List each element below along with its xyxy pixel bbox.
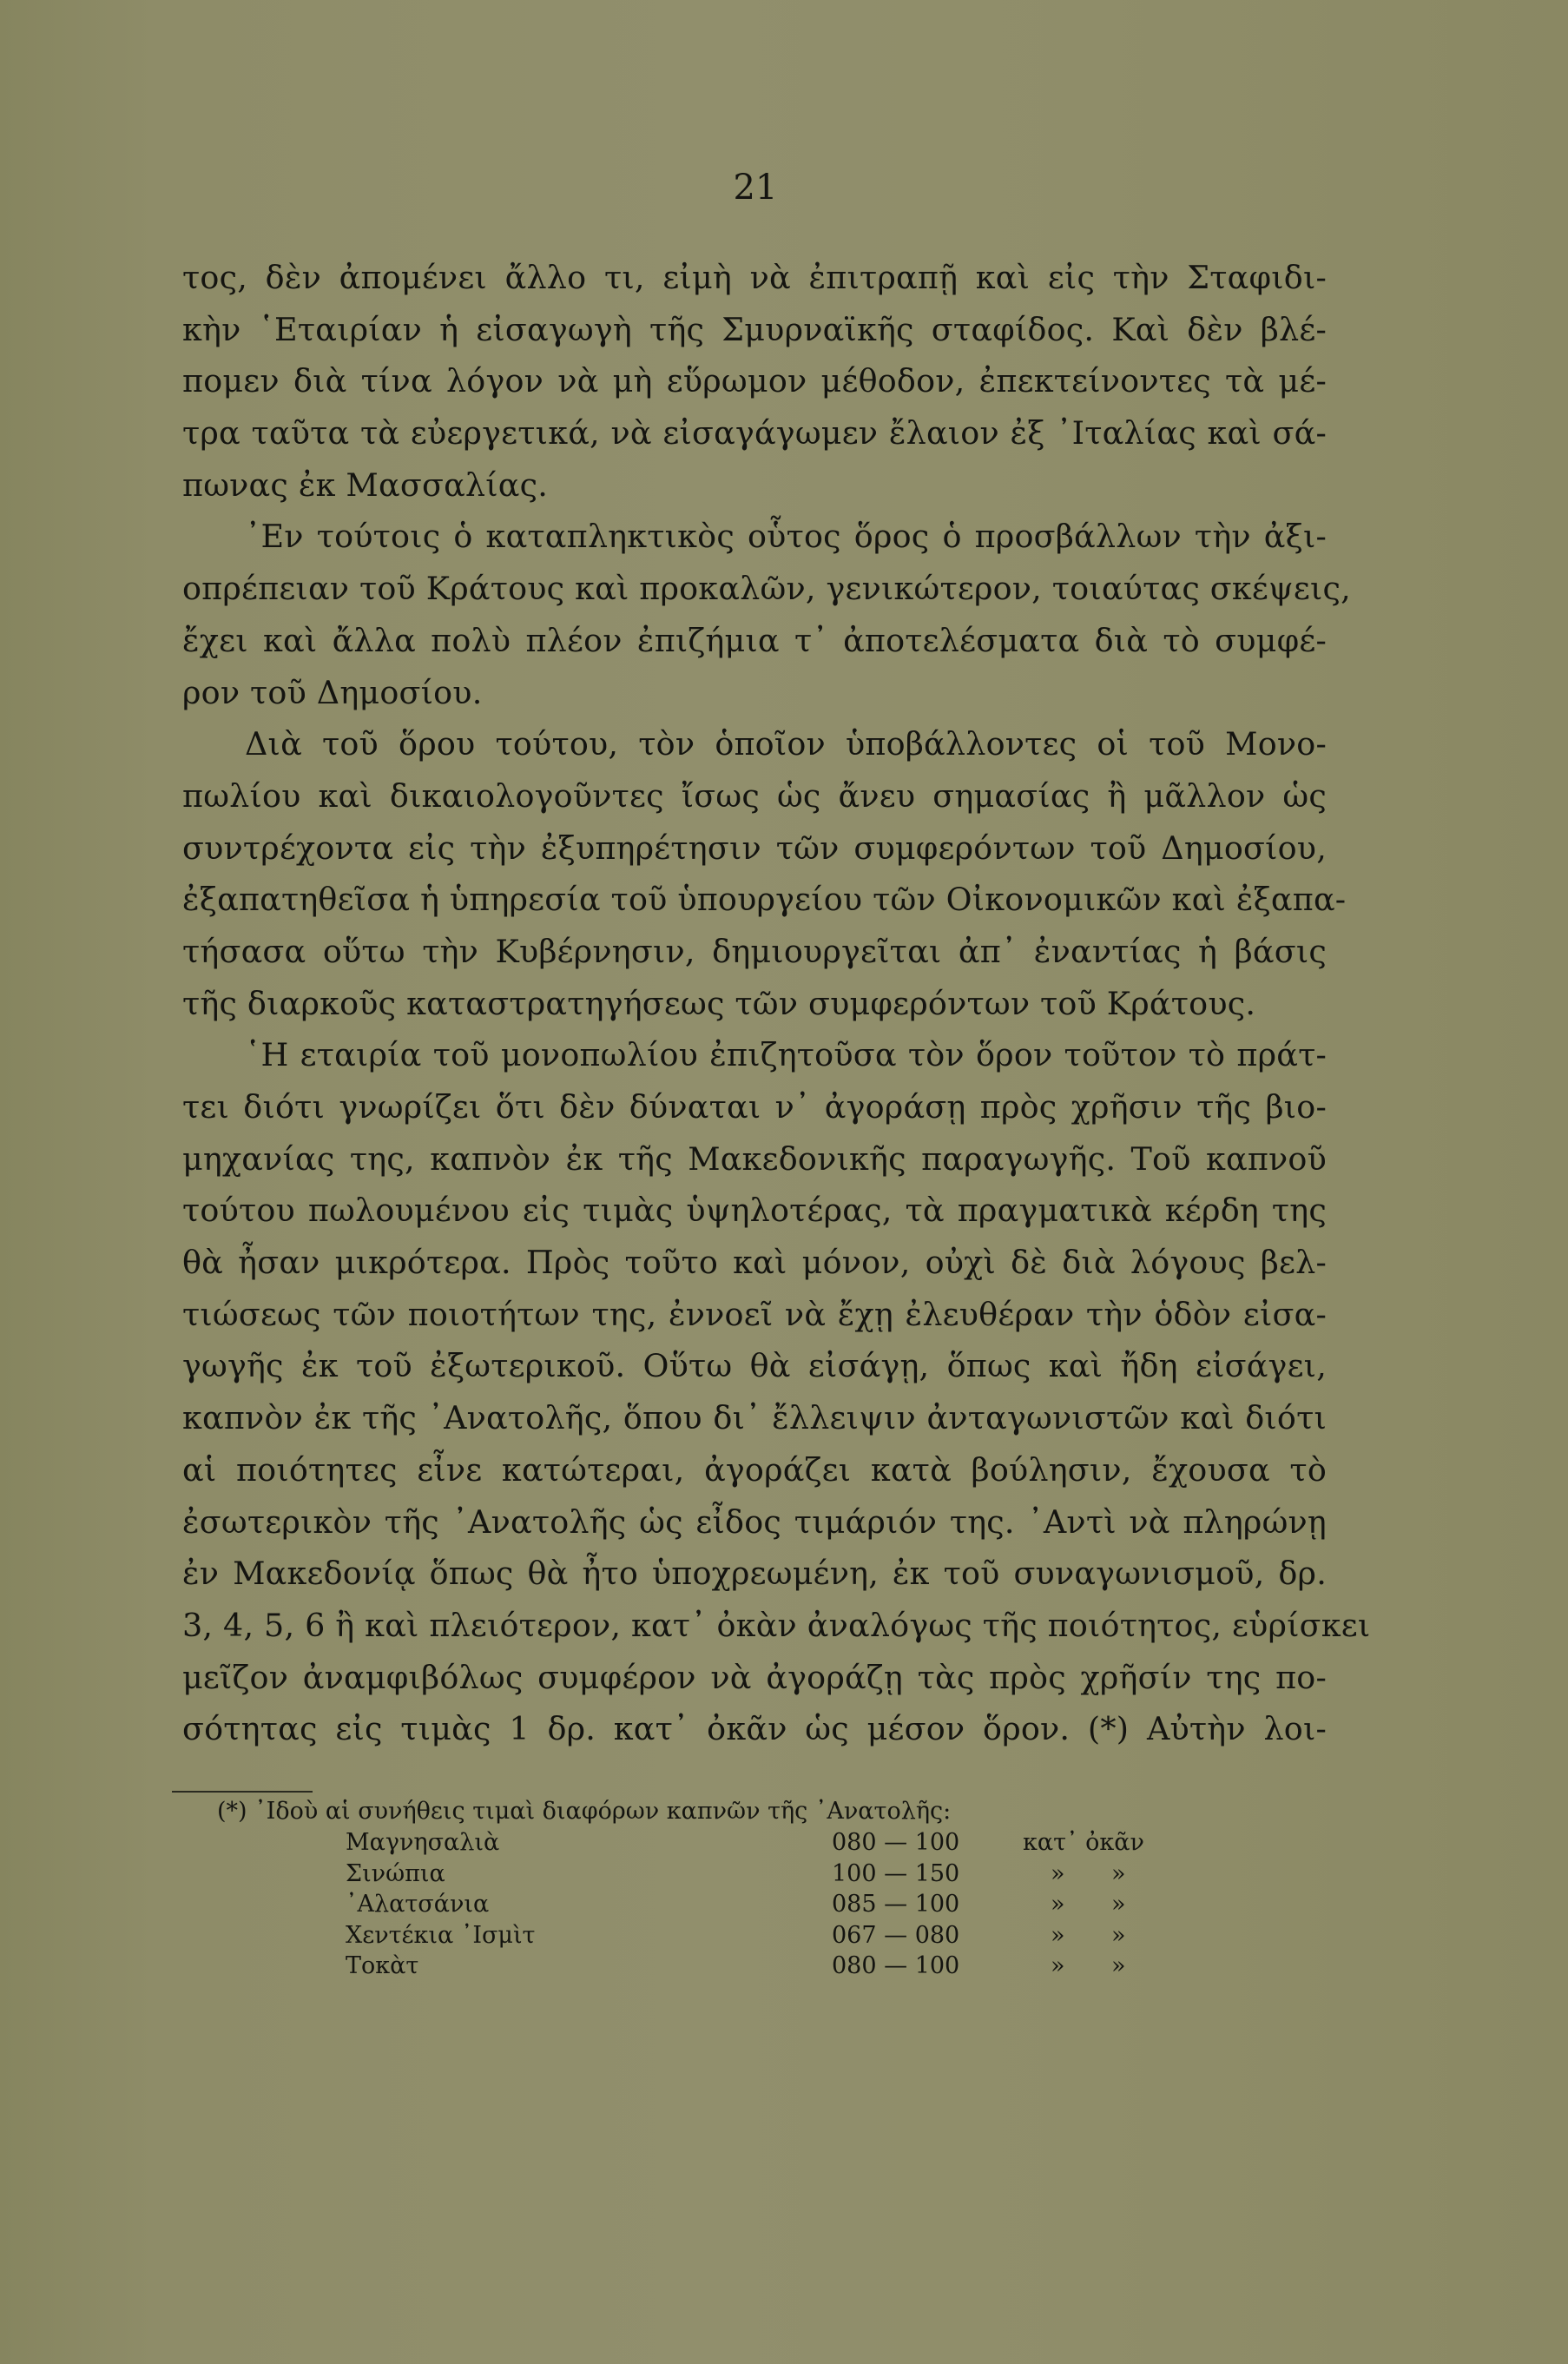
price-row: Μαγνησαλιὰ 080 — 100 κατ᾽ ὀκᾶν [217, 1827, 1216, 1859]
text-line: μηχανίας της, καπνὸν ἐκ τῆς Μακεδονικῆς … [182, 1133, 1327, 1185]
price-range: 080 — 100 [832, 1951, 959, 1982]
text-line: ἐξαπατηθεῖσα ἡ ὑπηρεσία τοῦ ὑπουργείου τ… [182, 874, 1327, 926]
price-row: Σινώπια 100 — 150 » » [217, 1859, 1216, 1890]
text-line: πωλίου καὶ δικαιολογοῦντες ἴσως ὡς ἄνευ … [182, 770, 1327, 822]
text-line: πωνας ἐκ Μασσαλίας. [182, 459, 1327, 512]
text-line: γωγῆς ἐκ τοῦ ἐξωτερικοῦ. Οὕτω θὰ εἰσάγῃ,… [182, 1340, 1327, 1392]
ditto-mark: » [1051, 1889, 1065, 1920]
text-line: συντρέχοντα εἰς τὴν ἐξυπηρέτησιν τῶν συμ… [182, 822, 1327, 875]
text-line: οπρέπειαν τοῦ Κράτους καὶ προκαλῶν, γενι… [182, 563, 1327, 615]
text-line: ἐν Μακεδονίᾳ ὅπως θὰ ἦτο ὑποχρεωμένη, ἐκ… [182, 1548, 1327, 1600]
price-row: Χεντέκια ᾿Ισμὶτ 067 — 080 » » [217, 1920, 1216, 1951]
text-line: τιώσεως τῶν ποιοτήτων της, ἐννοεῖ νὰ ἔχῃ… [182, 1289, 1327, 1341]
price-unit: κατ᾽ ὀκᾶν [1023, 1827, 1144, 1859]
paragraph-start: ᾿Εν τούτοις ὁ καταπληκτικὸς οὗτος ὅρος ὁ… [182, 511, 1327, 563]
price-range: 100 — 150 [832, 1859, 959, 1890]
tobacco-name: Σινώπια [346, 1859, 445, 1890]
tobacco-name: Μαγνησαλιὰ [346, 1827, 499, 1859]
ditto-mark: » [1051, 1859, 1065, 1890]
text-line: θὰ ἦσαν μικρότερα. Πρὸς τοῦτο καὶ μόνον,… [182, 1237, 1327, 1289]
text-line: τήσασα οὕτω τὴν Κυβέρνησιν, δημιουργεῖτα… [182, 926, 1327, 978]
text-line: αἱ ποιότητες εἶνε κατώτεραι, ἀγοράζει κα… [182, 1444, 1327, 1496]
text-line: ρον τοῦ Δημοσίου. [182, 667, 1327, 719]
text-line: 3, 4, 5, 6 ἢ καὶ πλειότερον, κατ᾽ ὀκὰν ἀ… [182, 1600, 1327, 1652]
text-line: ἔχει καὶ ἄλλα πολὺ πλέον ἐπιζήμια τ᾽ ἀπο… [182, 615, 1327, 667]
paragraph-start: ῾Η εταιρία τοῦ μονοπωλίου ἐπιζητοῦσα τὸν… [182, 1029, 1327, 1081]
page-number: 21 [0, 167, 1511, 208]
footnote: (*) ᾿Ιδοὺ αἱ συνήθεις τιμαὶ διαφόρων καπ… [217, 1796, 1216, 1982]
text-line: τει διότι γνωρίζει ὅτι δὲν δύναται ν᾽ ἀγ… [182, 1081, 1327, 1133]
price-row: Τοκὰτ 080 — 100 » » [217, 1951, 1216, 1982]
price-range: 085 — 100 [832, 1889, 959, 1920]
text-line: σότητας εἰς τιμὰς 1 δρ. κατ᾽ ὀκᾶν ὡς μέσ… [182, 1703, 1327, 1755]
price-range: 080 — 100 [832, 1827, 959, 1859]
text-line: ἐσωτερικὸν τῆς ᾿Ανατολῆς ὡς εἶδος τιμάρι… [182, 1496, 1327, 1548]
price-range: 067 — 080 [832, 1920, 959, 1951]
ditto-mark: » [1051, 1951, 1065, 1982]
text-line: καπνὸν ἐκ τῆς ᾿Ανατολῆς, ὅπου δι᾽ ἔλλειψ… [182, 1392, 1327, 1444]
text-line: τούτου πωλουμένου εἰς τιμὰς ὑψηλοτέρας, … [182, 1185, 1327, 1237]
ditto-mark: » [1051, 1920, 1065, 1951]
footnote-divider [172, 1791, 313, 1793]
ditto-mark: » [1111, 1951, 1126, 1982]
text-line: τῆς διαρκοῦς καταστρατηγήσεως τῶν συμφερ… [182, 978, 1327, 1030]
ditto-mark: » [1111, 1889, 1126, 1920]
paragraph-start: Διὰ τοῦ ὅρου τούτου, τὸν ὁποῖον ὑποβάλλο… [182, 718, 1327, 770]
ditto-mark: » [1111, 1920, 1126, 1951]
text-line: πομεν διὰ τίνα λόγον νὰ μὴ εὕρωμον μέθοδ… [182, 355, 1327, 407]
footnote-heading: (*) ᾿Ιδοὺ αἱ συνήθεις τιμαὶ διαφόρων καπ… [217, 1796, 1216, 1827]
body-text: τος, δὲν ἀπομένει ἄλλο τι, εἰμὴ νὰ ἐπιτρ… [182, 252, 1327, 1755]
text-line: κὴν ῾Εταιρίαν ἡ εἰσαγωγὴ τῆς Σμυρναϊκῆς … [182, 304, 1327, 356]
tobacco-name: ᾿Αλατσάνια [346, 1889, 489, 1920]
text-line: τρα ταῦτα τὰ εὐεργετικά, νὰ εἰσαγάγωμεν … [182, 407, 1327, 459]
tobacco-name: Τοκὰτ [346, 1951, 418, 1982]
text-line: μεῖζον ἀναμφιβόλως συμφέρον νὰ ἀγοράζῃ τ… [182, 1652, 1327, 1704]
tobacco-name: Χεντέκια ᾿Ισμὶτ [346, 1920, 536, 1951]
text-line: τος, δὲν ἀπομένει ἄλλο τι, εἰμὴ νὰ ἐπιτρ… [182, 252, 1327, 304]
ditto-mark: » [1111, 1859, 1126, 1890]
price-row: ᾿Αλατσάνια 085 — 100 » » [217, 1889, 1216, 1920]
